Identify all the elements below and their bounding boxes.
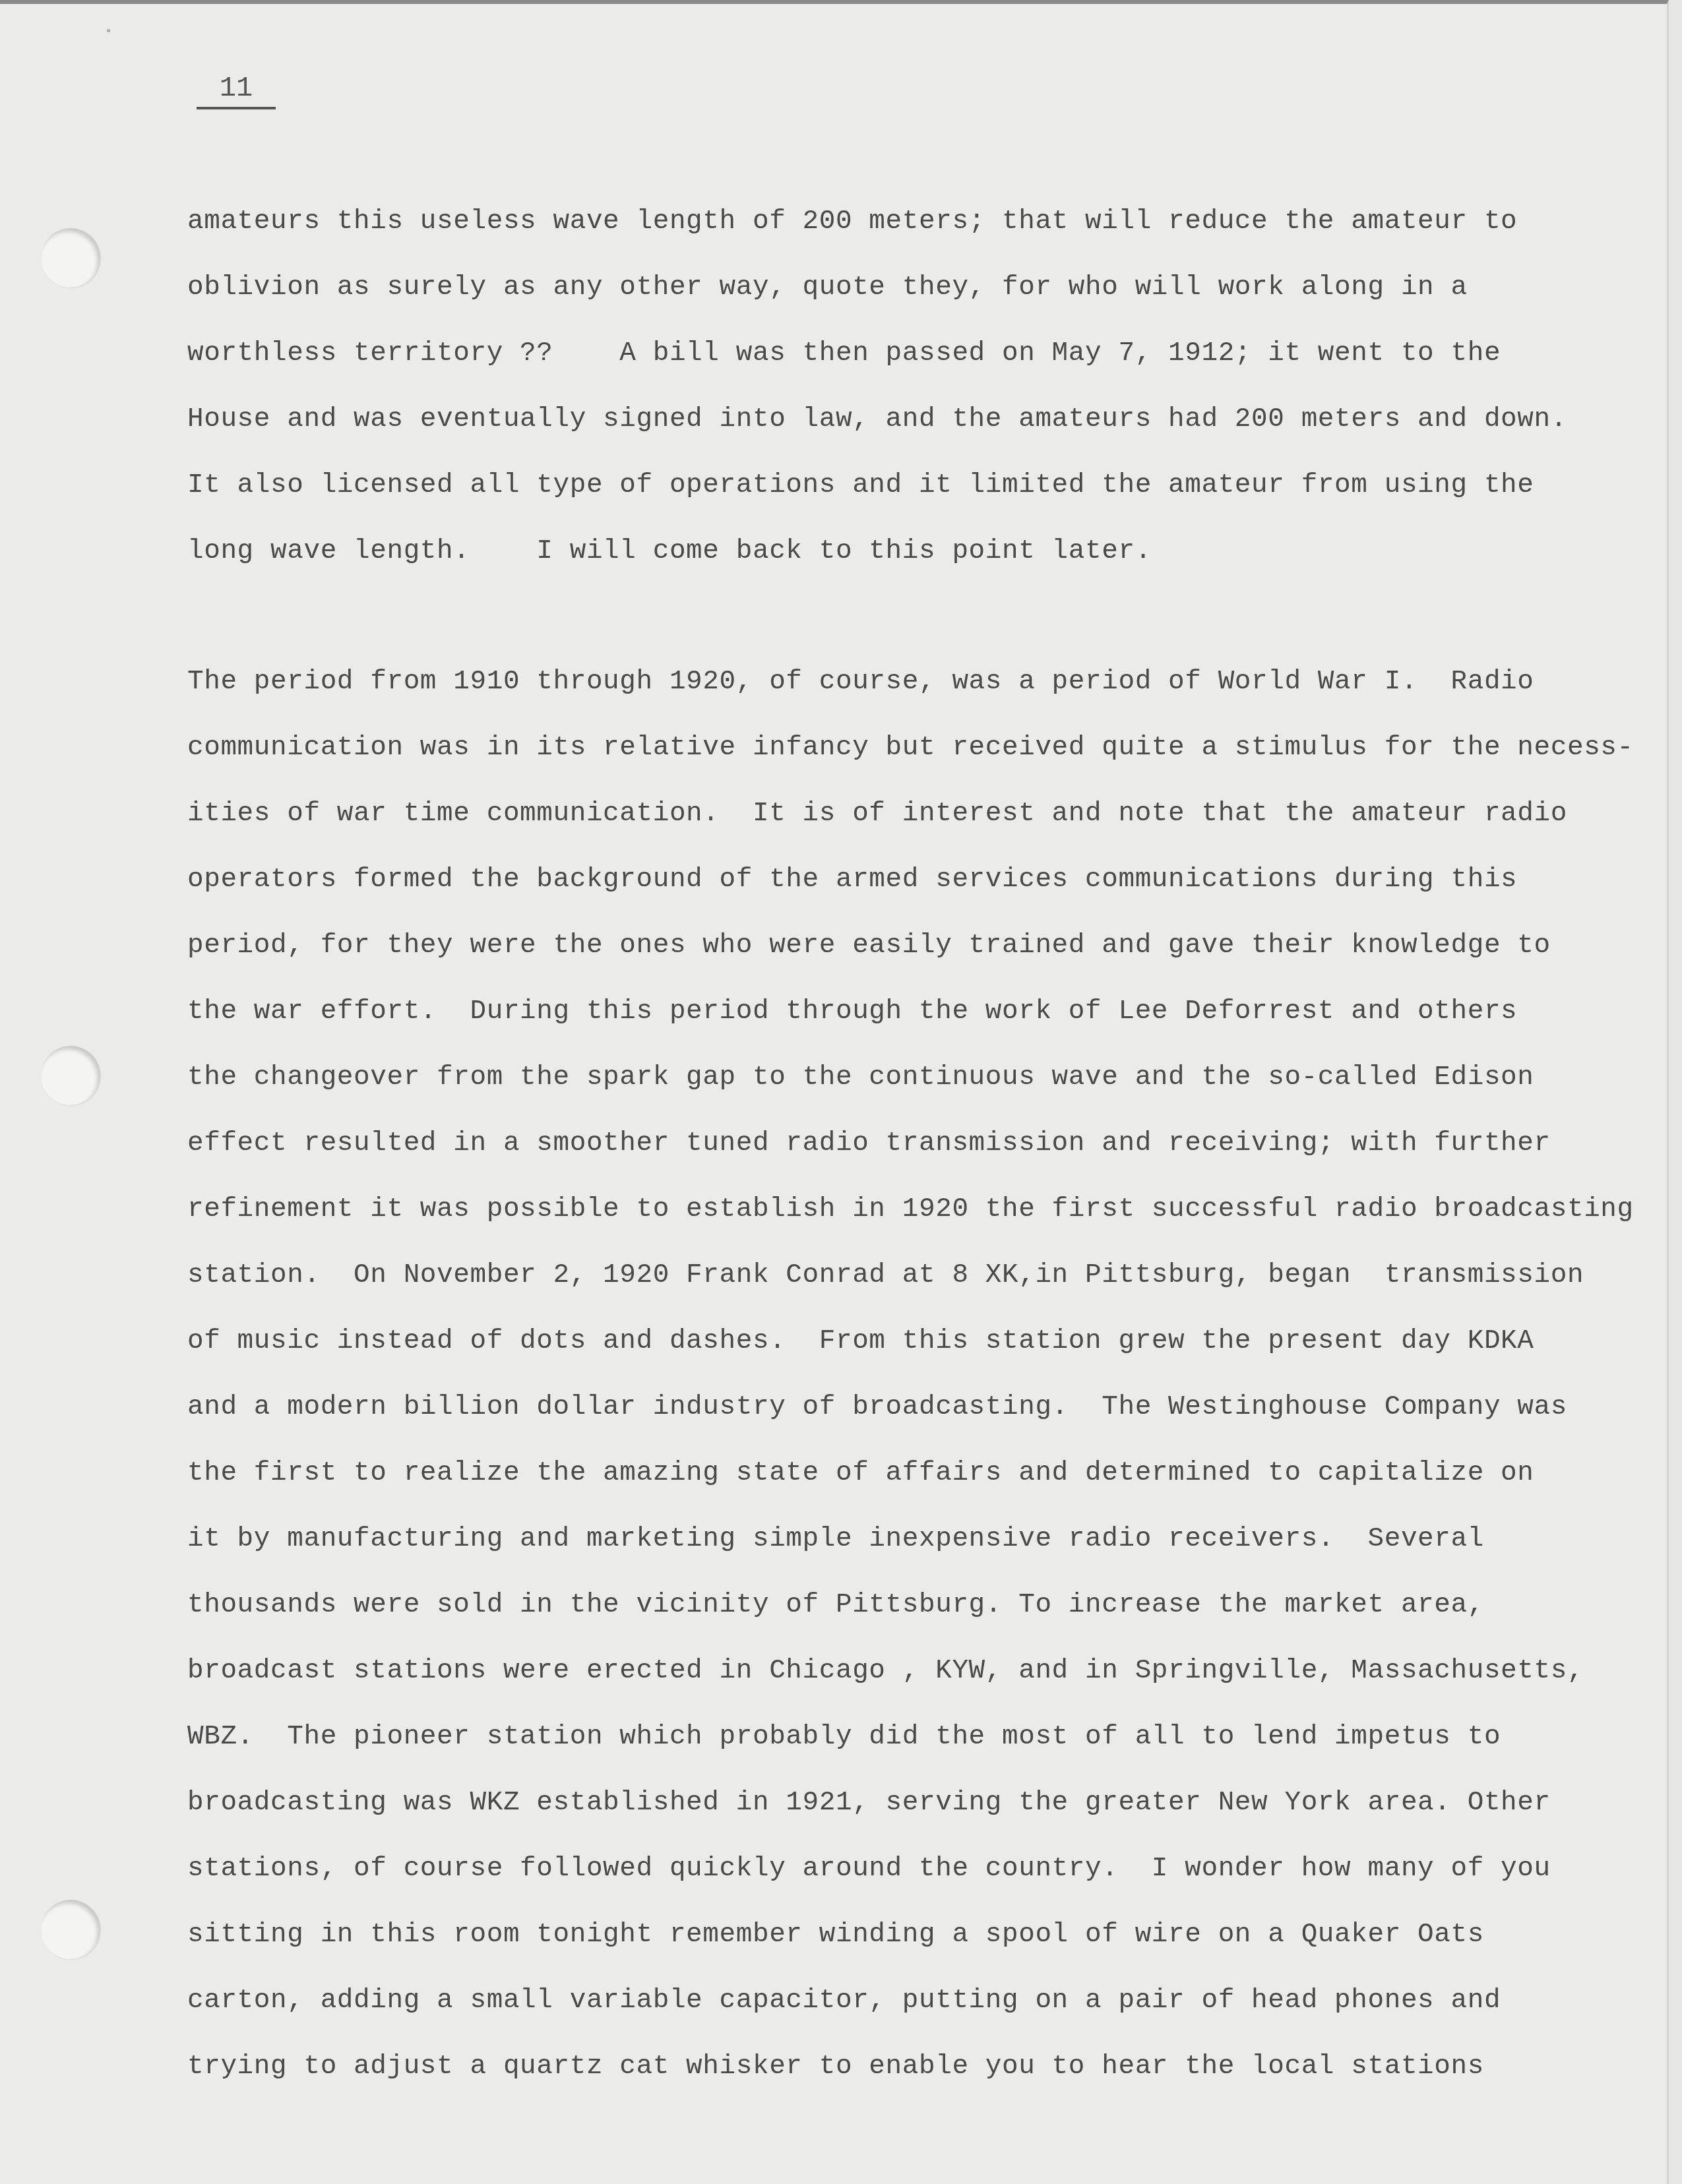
text-line: trying to adjust a quartz cat whisker to… [187, 2034, 1634, 2100]
text-line: carton, adding a small variable capacito… [187, 1968, 1634, 2034]
text-line: station. On November 2, 1920 Frank Conra… [187, 1242, 1634, 1308]
typed-page: 11 amateurs this useless wave length of … [0, 0, 1669, 2184]
paper-speck [107, 29, 110, 32]
text-line: thousands were sold in the vicinity of P… [187, 1572, 1634, 1638]
text-line: period, for they were the ones who were … [187, 913, 1634, 979]
text-line: the changeover from the spark gap to the… [187, 1045, 1634, 1110]
hole-punch-icon [41, 228, 100, 288]
text-line: and a modern billion dollar industry of … [187, 1374, 1634, 1440]
text-line: sitting in this room tonight remember wi… [187, 1902, 1634, 1968]
text-line: of music instead of dots and dashes. Fro… [187, 1308, 1634, 1374]
paragraph-1: amateurs this useless wave length of 200… [187, 189, 1567, 584]
text-line: long wave length. I will come back to th… [187, 518, 1567, 584]
page-number: 11 [197, 70, 276, 109]
text-line: stations, of course followed quickly aro… [187, 1836, 1634, 1902]
text-line: ities of war time communication. It is o… [187, 781, 1634, 847]
text-line: It also licensed all type of operations … [187, 452, 1567, 518]
text-line: worthless territory ?? A bill was then p… [187, 320, 1567, 386]
text-line: the first to realize the amazing state o… [187, 1440, 1634, 1506]
text-line: refinement it was possible to establish … [187, 1176, 1634, 1242]
text-line: House and was eventually signed into law… [187, 386, 1567, 452]
text-line: operators formed the background of the a… [187, 847, 1634, 913]
text-line: the war effort. During this period throu… [187, 979, 1634, 1045]
text-line: communication was in its relative infanc… [187, 715, 1634, 781]
hole-punch-icon [41, 1900, 100, 1959]
text-line: The period from 1910 through 1920, of co… [187, 649, 1634, 715]
text-line: broadcasting was WKZ established in 1921… [187, 1770, 1634, 1836]
text-line: amateurs this useless wave length of 200… [187, 189, 1567, 255]
text-line: WBZ. The pioneer station which probably … [187, 1704, 1634, 1770]
text-line: oblivion as surely as any other way, quo… [187, 255, 1567, 320]
text-line: it by manufacturing and marketing simple… [187, 1506, 1634, 1572]
paragraph-2: The period from 1910 through 1920, of co… [187, 649, 1634, 2100]
hole-punch-icon [41, 1046, 100, 1105]
text-line: effect resulted in a smoother tuned radi… [187, 1110, 1634, 1176]
text-line: broadcast stations were erected in Chica… [187, 1638, 1634, 1704]
